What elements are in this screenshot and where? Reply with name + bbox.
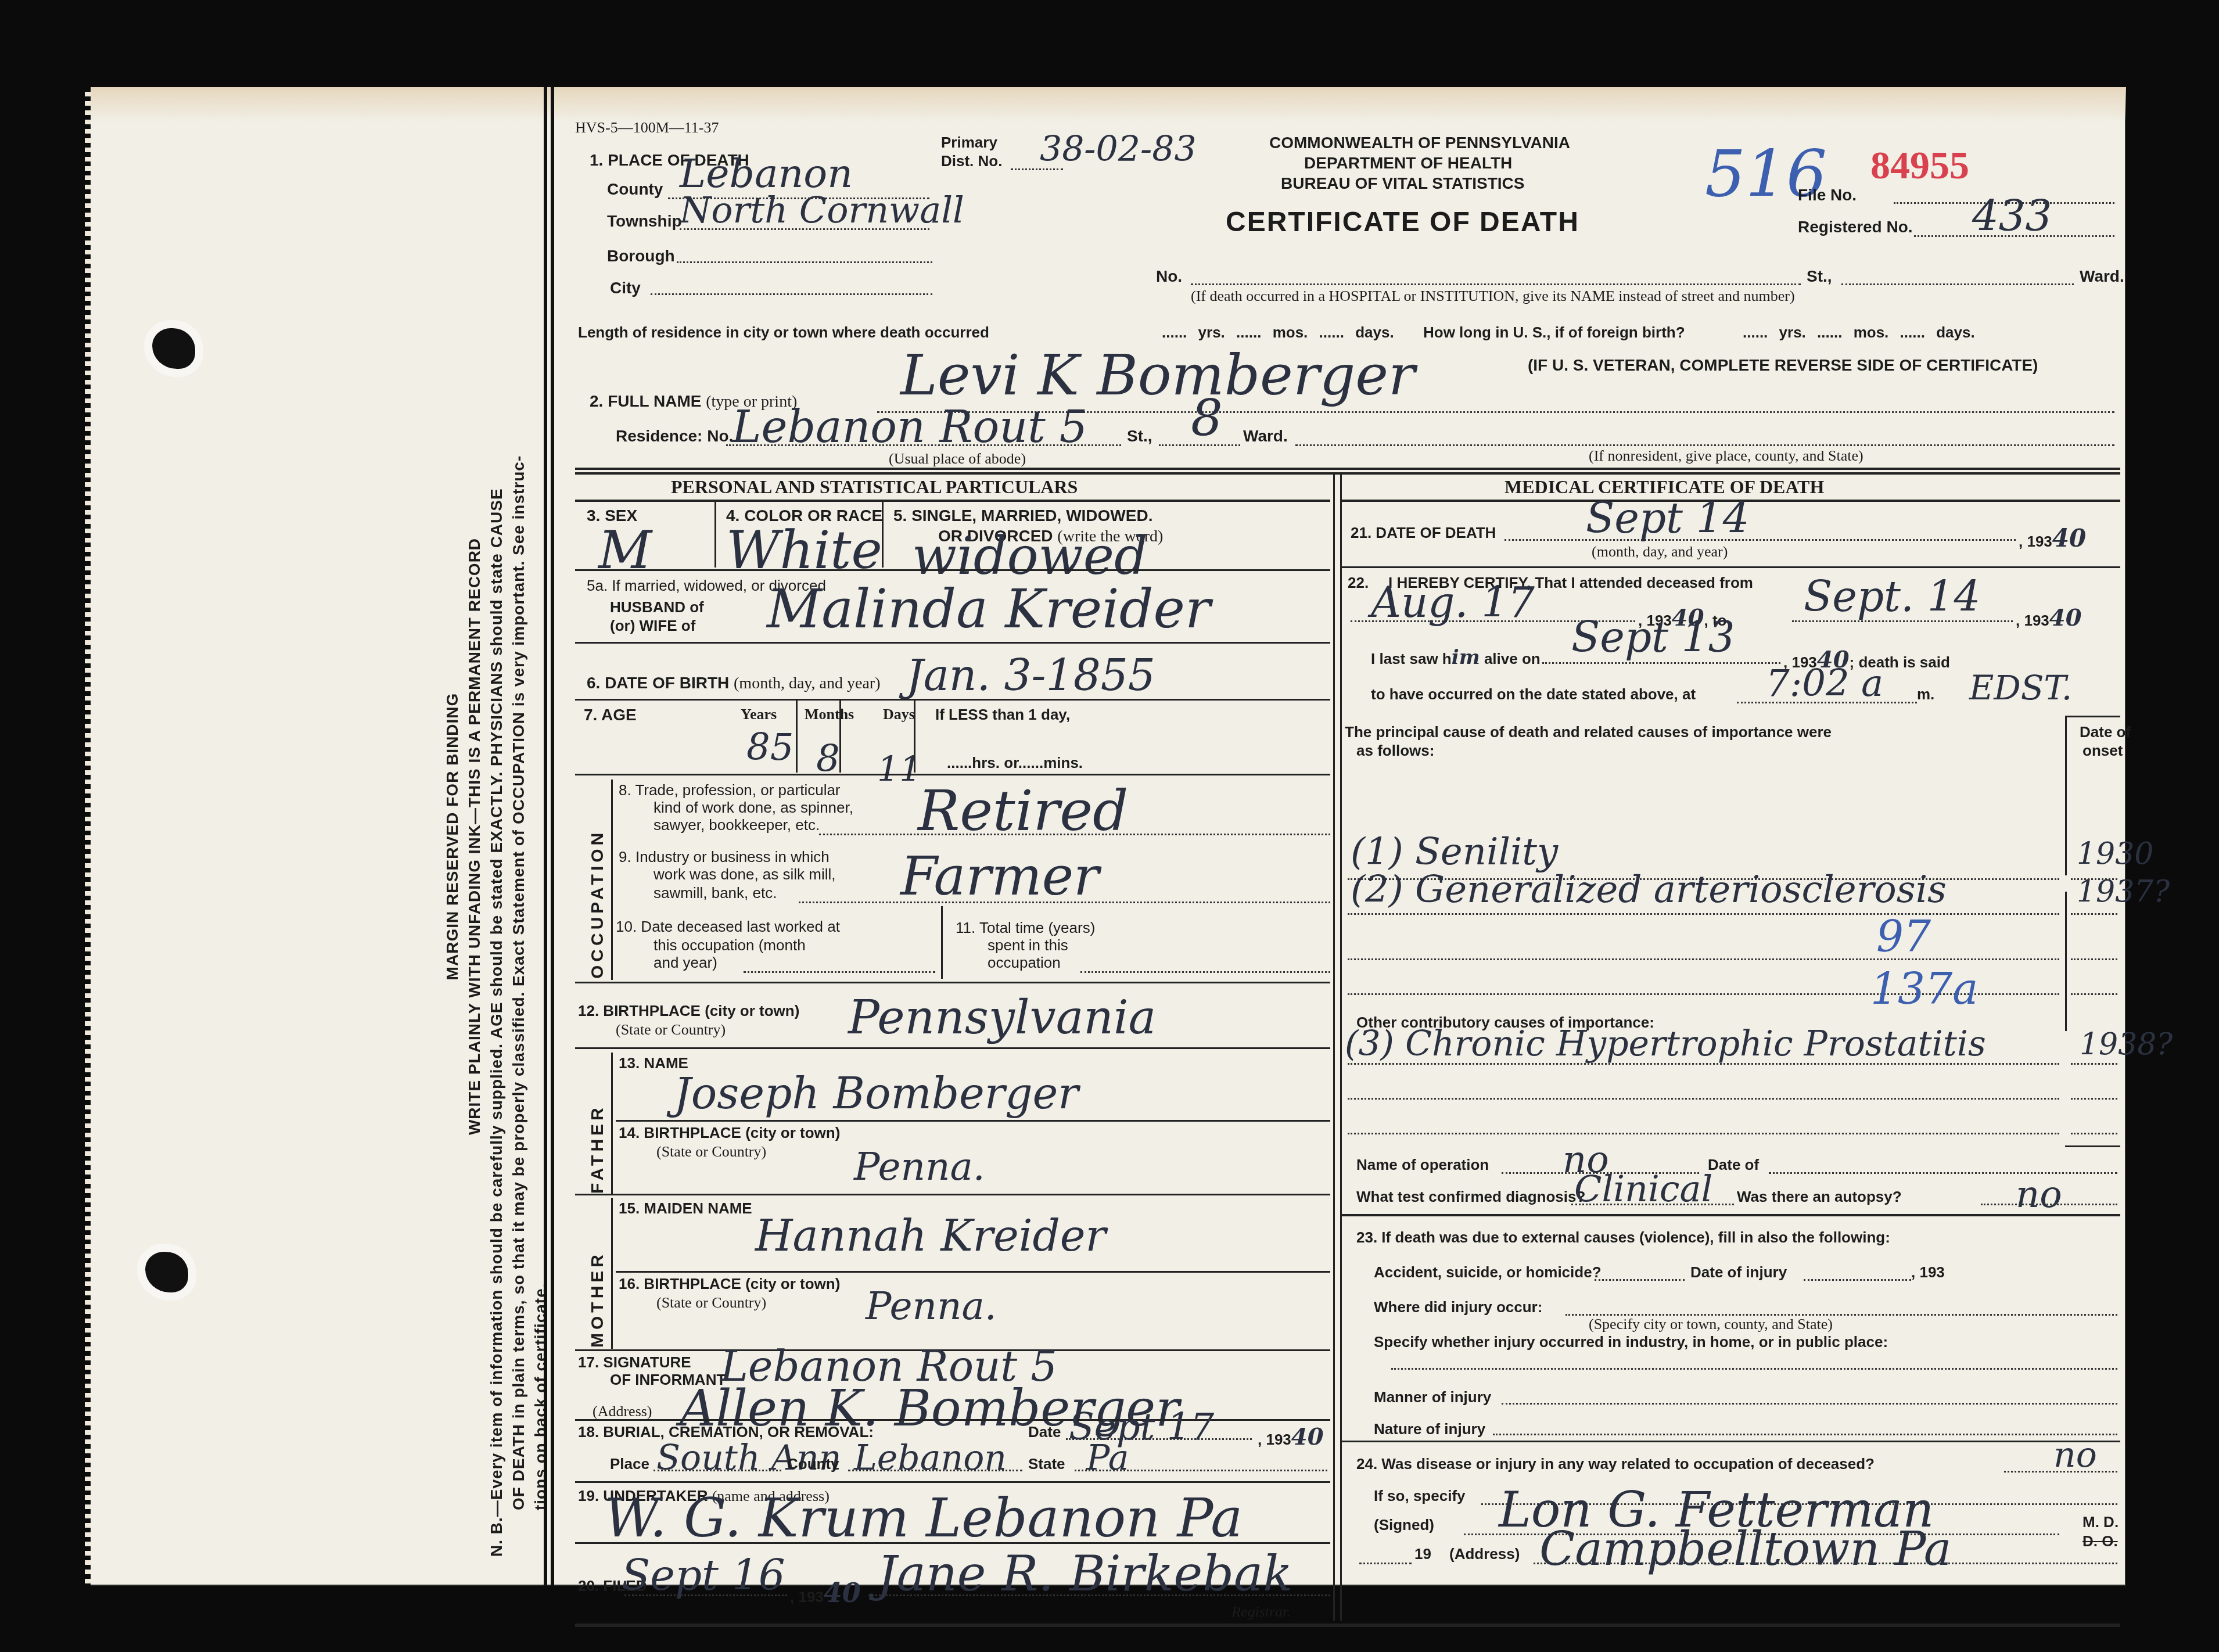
occupation-related-label: 24. Was disease or injury in any way rel… [1356,1455,1875,1473]
margin-line-2: WRITE PLAINLY WITH UNFADING INK—THIS IS … [464,116,486,1557]
specify-injury-label: Specify whether injury occurred in indus… [1374,1333,1888,1351]
residence-st-label: St., [1127,427,1152,446]
last-worked-label-2: this occupation (month [654,936,806,954]
do-label: D. O. [2082,1532,2118,1550]
spouse-label-3: (or) WIFE of [610,617,695,635]
age-months-label: Months [805,706,854,723]
hrs-mins-label: ......hrs. or......mins. [947,754,1083,772]
marital-label-1: 5. SINGLE, MARRIED, WIDOWED. [893,507,1152,525]
attended-to-year: , 19340 [2016,604,2082,631]
time-suffix: m. [1917,685,1934,703]
mother-birthplace-value: Penna. [866,1284,997,1328]
street-no-label: No. [1156,267,1182,286]
full-name-value: Levi K Bomberger [900,343,1415,408]
principal-cause-label-1: The principal cause of death and related… [1345,723,1832,741]
trade-label-3: sawyer, bookkeeper, etc. [654,816,820,834]
burial-county-value: Lebanon [854,1438,1007,1478]
autopsy-label: Was there an autopsy? [1737,1188,1902,1206]
dist-no-label: Dist. No. [941,152,1002,170]
test-value: Clinical [1574,1168,1712,1210]
county-label: County [607,180,663,199]
street-ward-label: Ward. [2080,267,2124,286]
undertaker-value: W. G. Krum Lebanon Pa [604,1487,1243,1549]
margin-line-1: MARGIN RESERVED FOR BINDING [441,116,464,1557]
mother-birthplace-hint: (State or Country) [656,1294,766,1312]
residence-length-label: Length of residence in city or town wher… [578,324,989,342]
trade-value: Retired [918,778,1129,843]
borough-label: Borough [607,247,675,265]
mother-name-label: 15. MAIDEN NAME [619,1200,752,1218]
occupation-related-value: no [2053,1435,2097,1475]
cause-onset-2: 1937? [2077,874,2170,909]
date-of-death-value: Sept 14 [1586,494,1749,543]
burial-county-label: County [787,1455,839,1473]
blue-code-2: 137a [1870,964,1978,1014]
registrar-signature: Jane R. Birkebak [877,1545,1292,1602]
date-19-label: 19 [1414,1545,1431,1563]
attended-to-value: Sept. 14 [1804,572,1980,621]
occupation-side-label: OCCUPATION [588,829,608,979]
burial-state-value: Pa [1086,1438,1129,1478]
dob-label: 6. DATE OF BIRTH (month, day, and year) [587,674,880,693]
header-department: DEPARTMENT OF HEALTH [1304,154,1512,173]
city-label: City [610,279,641,297]
burial-place-label: Place [610,1455,649,1473]
total-time-label-2: spent in this [988,936,1068,954]
attended-from-value: Aug. 17 [1371,578,1535,627]
burial-state-label: State [1028,1455,1065,1473]
personal-section-title: PERSONAL AND STATISTICAL PARTICULARS [671,476,1078,498]
dist-no-value: 38-02-83 [1040,129,1197,170]
residence-value: Lebanon Rout 5 [732,401,1087,452]
last-saw-label: I last saw him alive on [1371,646,1541,669]
spouse-value: Malinda Kreider [767,578,1211,640]
manner-injury-label: Manner of injury [1374,1388,1491,1406]
operation-date-label: Date of [1708,1156,1759,1174]
margin-line-4: OF DEATH in plain terms, so that it may … [508,116,530,1557]
abode-note: (Usual place of abode) [889,450,1026,468]
md-label: M. D. [2082,1513,2119,1531]
where-injury-hint: (Specify city or town, county, and State… [1589,1316,1833,1333]
informant-address-label: (Address) [593,1403,652,1420]
onset-label-2: onset [2082,742,2123,760]
township-value: North Cornwall [680,189,964,231]
industry-value: Farmer [900,845,1099,907]
registrar-label: Registrar. [1231,1603,1291,1621]
father-birthplace-label: 14. BIRTHPLACE (city or town) [619,1124,840,1142]
hospital-note: (If death occurred in a HOSPITAL or INST… [1191,288,1795,305]
last-saw-date-value: Sept 13 [1571,613,1735,662]
mother-side-label: MOTHER [588,1251,608,1348]
signed-label: (Signed) [1374,1516,1434,1534]
last-worked-label-1: 10. Date deceased last worked at [616,918,840,936]
other-cause-onset: 1938? [2080,1027,2173,1062]
accident-label: Accident, suicide, or homicide? [1374,1263,1602,1281]
injury-date-label: Date of injury [1690,1263,1787,1281]
age-label: 7. AGE [584,706,637,724]
mother-name-value: Hannah Kreider [755,1211,1106,1261]
registered-no-label: Registered No. [1798,218,1913,236]
form-code: HVS-5—100M—11-37 [575,119,719,137]
margin-line-3: N. B.—Every item of information should b… [486,116,508,1557]
principal-cause-label-2: as follows: [1356,742,1434,760]
foreign-birth-label: How long in U. S., if of foreign birth? [1423,324,1685,342]
physician-address-value: Campbelltown Pa [1539,1522,1951,1576]
street-st-label: St., [1807,267,1832,286]
cause-of-death-2: (2) Generalized arteriosclerosis [1351,868,1947,911]
foreign-birth-units: ...... yrs. ...... mos. ...... days. [1743,324,1975,342]
date-of-death-hint: (month, day, and year) [1592,543,1728,561]
residence-label: Residence: No. [616,427,733,446]
date-of-death-year: , 19340 [2019,524,2086,552]
industry-label-1: 9. Industry or business in which [619,848,830,866]
total-time-label-3: occupation [988,954,1061,972]
last-worked-label-3: and year) [654,954,717,972]
binding-margin-instructions: MARGIN RESERVED FOR BINDING WRITE PLAINL… [441,116,552,1557]
father-name-value: Joseph Bomberger [674,1069,1079,1119]
other-cause-value: (3) Chronic Hypertrophic Prostatitis [1345,1023,1986,1064]
ward-value: 8 [1191,389,1223,447]
physician-address-label: (Address) [1449,1545,1520,1563]
operation-label: Name of operation [1356,1156,1489,1174]
industry-label-2: work was done, as silk mill, [654,865,836,884]
binding-rule [544,87,554,1586]
cause-of-death-1: (1) Senility [1351,831,1558,874]
mother-birthplace-label: 16. BIRTHPLACE (city or town) [619,1275,840,1293]
injury-year: , 193 [1911,1263,1945,1281]
onset-label-1: Date of [2080,723,2131,741]
file-no-label: File No. [1798,186,1857,204]
total-time-label-1: 11. Total time (years) [956,919,1095,937]
age-days-label: Days [883,706,915,723]
death-certificate-form: HVS-5—100M—11-37 1. PLACE OF DEATH Prima… [575,87,2126,1586]
birthplace-hint: (State or Country) [616,1021,726,1039]
certify-number: 22. [1348,574,1369,592]
filed-year: , 19340 [790,1577,861,1608]
external-causes-label: 23. If death was due to external causes … [1356,1229,1890,1247]
cause-onset-1: 1930 [2077,836,2153,871]
time-zone-value: EDST. [1969,668,2072,708]
occurred-label: to have occurred on the date stated abov… [1371,685,1696,703]
informant-label-1: 17. SIGNATURE [578,1353,691,1371]
age-years-value: 85 [746,726,793,769]
trade-label-1: 8. Trade, profession, or particular [619,781,841,799]
date-of-death-label: 21. DATE OF DEATH [1351,524,1496,542]
residence-length-units: ...... yrs. ...... mos. ...... days. [1162,324,1394,342]
header-commonwealth: COMMONWEALTH OF PENNSYLVANIA [1269,134,1570,152]
time-of-death-value: 7:02 a [1766,662,1883,705]
test-label: What test confirmed diagnosis? [1356,1188,1585,1206]
birthplace-label: 12. BIRTHPLACE (city or town) [578,1002,799,1020]
industry-label-3: sawmill, bank, etc. [654,884,777,902]
veteran-note: (IF U. S. VETERAN, COMPLETE REVERSE SIDE… [1528,356,2038,375]
certificate-title: CERTIFICATE OF DEATH [1226,206,1579,238]
dob-value: Jan. 3-1855 [906,651,1155,701]
birthplace-value: Pennsylvania [848,990,1156,1044]
burial-date-label: Date [1028,1423,1061,1441]
if-so-label: If so, specify [1374,1487,1466,1505]
file-stamp-number: 84955 [1870,142,1969,188]
nature-injury-label: Nature of injury [1374,1420,1485,1438]
blue-code-1: 97 [1876,912,1931,962]
sex-value: M [598,520,652,581]
burial-year: , 19340 [1258,1423,1324,1450]
nonresident-note: (If nonresident, give place, county, and… [1589,447,1863,465]
header-bureau: BUREAU OF VITAL STATISTICS [1281,174,1524,193]
father-birthplace-hint: (State or Country) [656,1143,766,1161]
age-days-value: 11 [877,749,921,790]
father-birthplace-value: Penna. [854,1144,985,1189]
filed-date-value: Sept 16 [622,1551,785,1600]
residence-ward-label: Ward. [1243,427,1288,446]
less-than-day-label: If LESS than 1 day, [935,706,1070,724]
race-value: White [726,520,882,581]
where-injury-label: Where did injury occur: [1374,1298,1542,1316]
spouse-label-2: HUSBAND of [610,598,704,616]
perforated-edge [85,87,91,1586]
township-label: Township [607,212,682,231]
primary-label: Primary [941,134,997,152]
age-years-label: Years [741,706,777,723]
trade-label-2: kind of work done, as spinner, [654,799,853,817]
registered-no-value: 433 [1972,192,2052,240]
father-side-label: FATHER [588,1104,608,1194]
autopsy-value: no [2016,1173,2062,1216]
